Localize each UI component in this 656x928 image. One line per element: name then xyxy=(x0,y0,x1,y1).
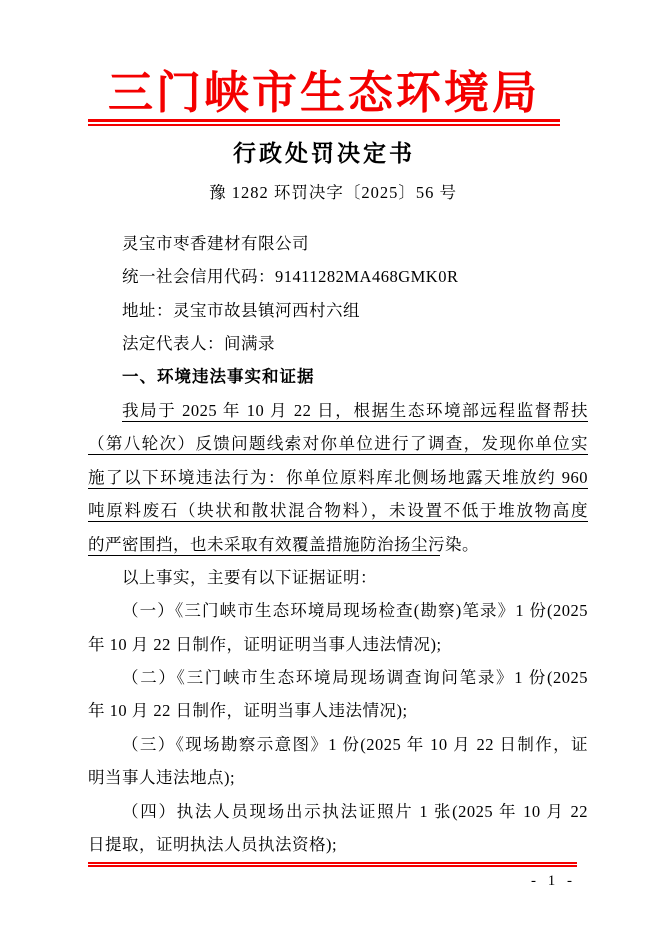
body-line: 法定代表人：间满录 xyxy=(88,327,588,360)
document-number: 豫 1282 环罚决字〔2025〕56 号 xyxy=(88,181,578,205)
page-number: - 1 - xyxy=(531,871,576,891)
body-line: 吨原料废石（块状和散状混合物料），未设置不低于堆放物高度 xyxy=(88,494,588,527)
header-double-rule xyxy=(88,119,560,126)
body-line: 年 10 月 22 日制作，证明当事人违法情况); xyxy=(88,694,588,727)
body-line: 的严密围挡，也未采取有效覆盖措施防治扬尘污染。 xyxy=(88,528,588,561)
body-line: 以上事实，主要有以下证据证明： xyxy=(88,561,588,594)
document-page: 三门峡市生态环境局 行政处罚决定书 豫 1282 环罚决字〔2025〕56 号 … xyxy=(0,0,656,928)
document-body: 灵宝市枣香建材有限公司统一社会信用代码：91411282MA468GMK0R地址… xyxy=(88,227,588,861)
footer-double-rule xyxy=(88,862,577,867)
body-line: （三）《现场勘察示意图》1 份(2025 年 10 月 22 日制作，证 xyxy=(88,728,588,761)
body-line: 日提取，证明执法人员执法资格); xyxy=(88,828,588,861)
section-heading: 一、环境违法事实和证据 xyxy=(88,361,588,394)
body-line: （二）《三门峡市生态环境局现场调查询问笔录》1 份(2025 xyxy=(88,661,588,694)
body-line: 灵宝市枣香建材有限公司 xyxy=(88,227,588,260)
body-line: 施了以下环境违法行为：你单位原料库北侧场地露天堆放约 960 xyxy=(88,461,588,494)
body-line: 我局于 2025 年 10 月 22 日，根据生态环境部远程监督帮扶 xyxy=(88,394,588,427)
agency-title: 三门峡市生态环境局 xyxy=(88,68,560,118)
document-type-title: 行政处罚决定书 xyxy=(88,141,560,167)
body-line: 统一社会信用代码：91411282MA468GMK0R xyxy=(88,260,588,293)
body-line: 年 10 月 22 日制作，证明证明当事人违法情况); xyxy=(88,628,588,661)
body-line: （一）《三门峡市生态环境局现场检查(勘察)笔录》1 份(2025 xyxy=(88,594,588,627)
body-line: 地址：灵宝市故县镇河西村六组 xyxy=(88,294,588,327)
body-line: 明当事人违法地点); xyxy=(88,761,588,794)
body-line: （四）执法人员现场出示执法证照片 1 张(2025 年 10 月 22 xyxy=(88,795,588,828)
body-line: （第八轮次）反馈问题线索对你单位进行了调查，发现你单位实 xyxy=(88,427,588,460)
